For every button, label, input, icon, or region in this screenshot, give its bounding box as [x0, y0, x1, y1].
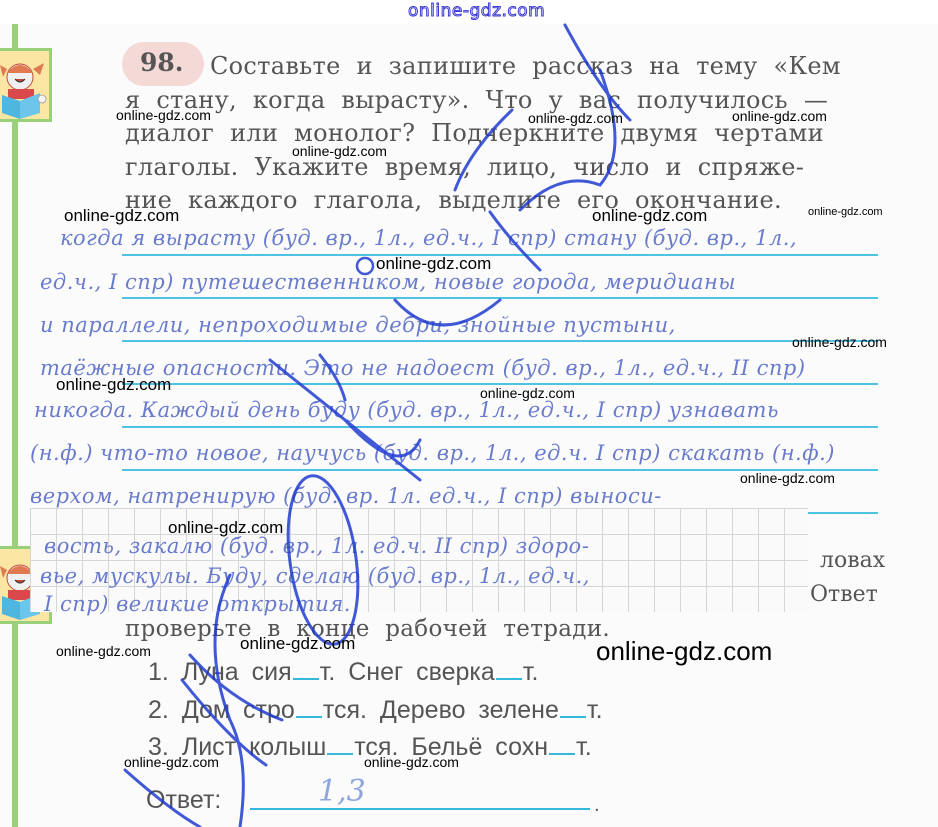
handwritten-line: (н.ф.) что-то новое, научусь (буд. вр., …	[30, 441, 835, 465]
covered-text-fragment: Ответ	[810, 582, 878, 607]
watermark: online-gdz.com	[376, 254, 491, 274]
letter-blank[interactable]	[549, 749, 575, 755]
watermark: online-gdz.com	[592, 206, 707, 226]
watermark: online-gdz.com	[116, 107, 211, 123]
watermark: online-gdz.com	[528, 110, 623, 126]
letter-blank[interactable]	[296, 712, 322, 718]
margin-bar	[12, 24, 18, 827]
answer-field-line[interactable]	[250, 808, 590, 810]
answer-end: .	[594, 794, 600, 817]
watermark: online-gdz.com	[792, 334, 887, 350]
instruction-line-4: глаголы. Укажите время, лицо, число и сп…	[125, 153, 804, 181]
sentence-1: 1. Луна сият. Снег сверкат.	[148, 658, 538, 687]
writing-rule	[122, 426, 878, 428]
watermark: online-gdz.com	[168, 518, 283, 538]
handwritten-line: вье, мускулы. Буду, сделаю (буд. вр., 1л…	[40, 564, 590, 588]
reading-girl-icon	[0, 48, 52, 122]
handwritten-line: I спр) великие открытия.	[44, 592, 351, 616]
watermark: online-gdz.com	[596, 636, 772, 667]
handwritten-line: когда я вырасту (буд. вр., 1л., ед.ч., I…	[60, 226, 797, 250]
letter-blank[interactable]	[496, 674, 522, 680]
letter-blank[interactable]	[560, 712, 586, 718]
watermark: online-gdz.com	[808, 206, 883, 218]
answer-label: Ответ:	[146, 786, 221, 815]
instruction-line-3: диалог или монолог? Подчеркните двумя че…	[125, 119, 824, 147]
watermark: online-gdz.com	[56, 375, 171, 395]
letter-blank[interactable]	[327, 749, 353, 755]
writing-rule	[122, 297, 878, 299]
handwritten-line: и параллели, непроходимые дебри, знойные…	[40, 313, 676, 337]
watermark: online-gdz.com	[124, 754, 219, 770]
sentence-2: 2. Дом стротся. Дерево зеленет.	[148, 696, 603, 725]
watermark: online-gdz.com	[740, 470, 835, 486]
instruction-continuation: проверьте в конце рабочей тетради.	[125, 616, 610, 642]
watermark: online-gdz.com	[240, 634, 355, 654]
instruction-line-2: я стану, когда вырасту». Что у вас получ…	[125, 86, 828, 114]
watermark: online-gdz.com	[292, 143, 387, 159]
watermark: online-gdz.com	[732, 108, 827, 124]
top-watermark: online-gdz.com	[408, 1, 545, 21]
writing-rule	[122, 254, 878, 256]
answer-value: 1,3	[318, 774, 366, 809]
writing-rule	[122, 340, 878, 342]
watermark: online-gdz.com	[56, 643, 151, 659]
covered-text-fragment: ловах	[820, 548, 885, 573]
instruction-line-1: Составьте и запишите рассказ на тему «Ке…	[210, 52, 841, 80]
watermark: online-gdz.com	[480, 385, 575, 401]
handwritten-line: верхом, натренирую (буд. вр. 1л. ед.ч., …	[30, 484, 662, 508]
handwritten-line: вость, закалю (буд. вр., 1л. ед.ч. II сп…	[44, 534, 589, 558]
watermark: online-gdz.com	[364, 754, 459, 770]
watermark: online-gdz.com	[64, 206, 179, 226]
task-number: 98.	[140, 48, 184, 77]
letter-blank[interactable]	[293, 674, 319, 680]
handwritten-line: никогда. Каждый день буду (буд. вр., 1л.…	[34, 398, 779, 422]
